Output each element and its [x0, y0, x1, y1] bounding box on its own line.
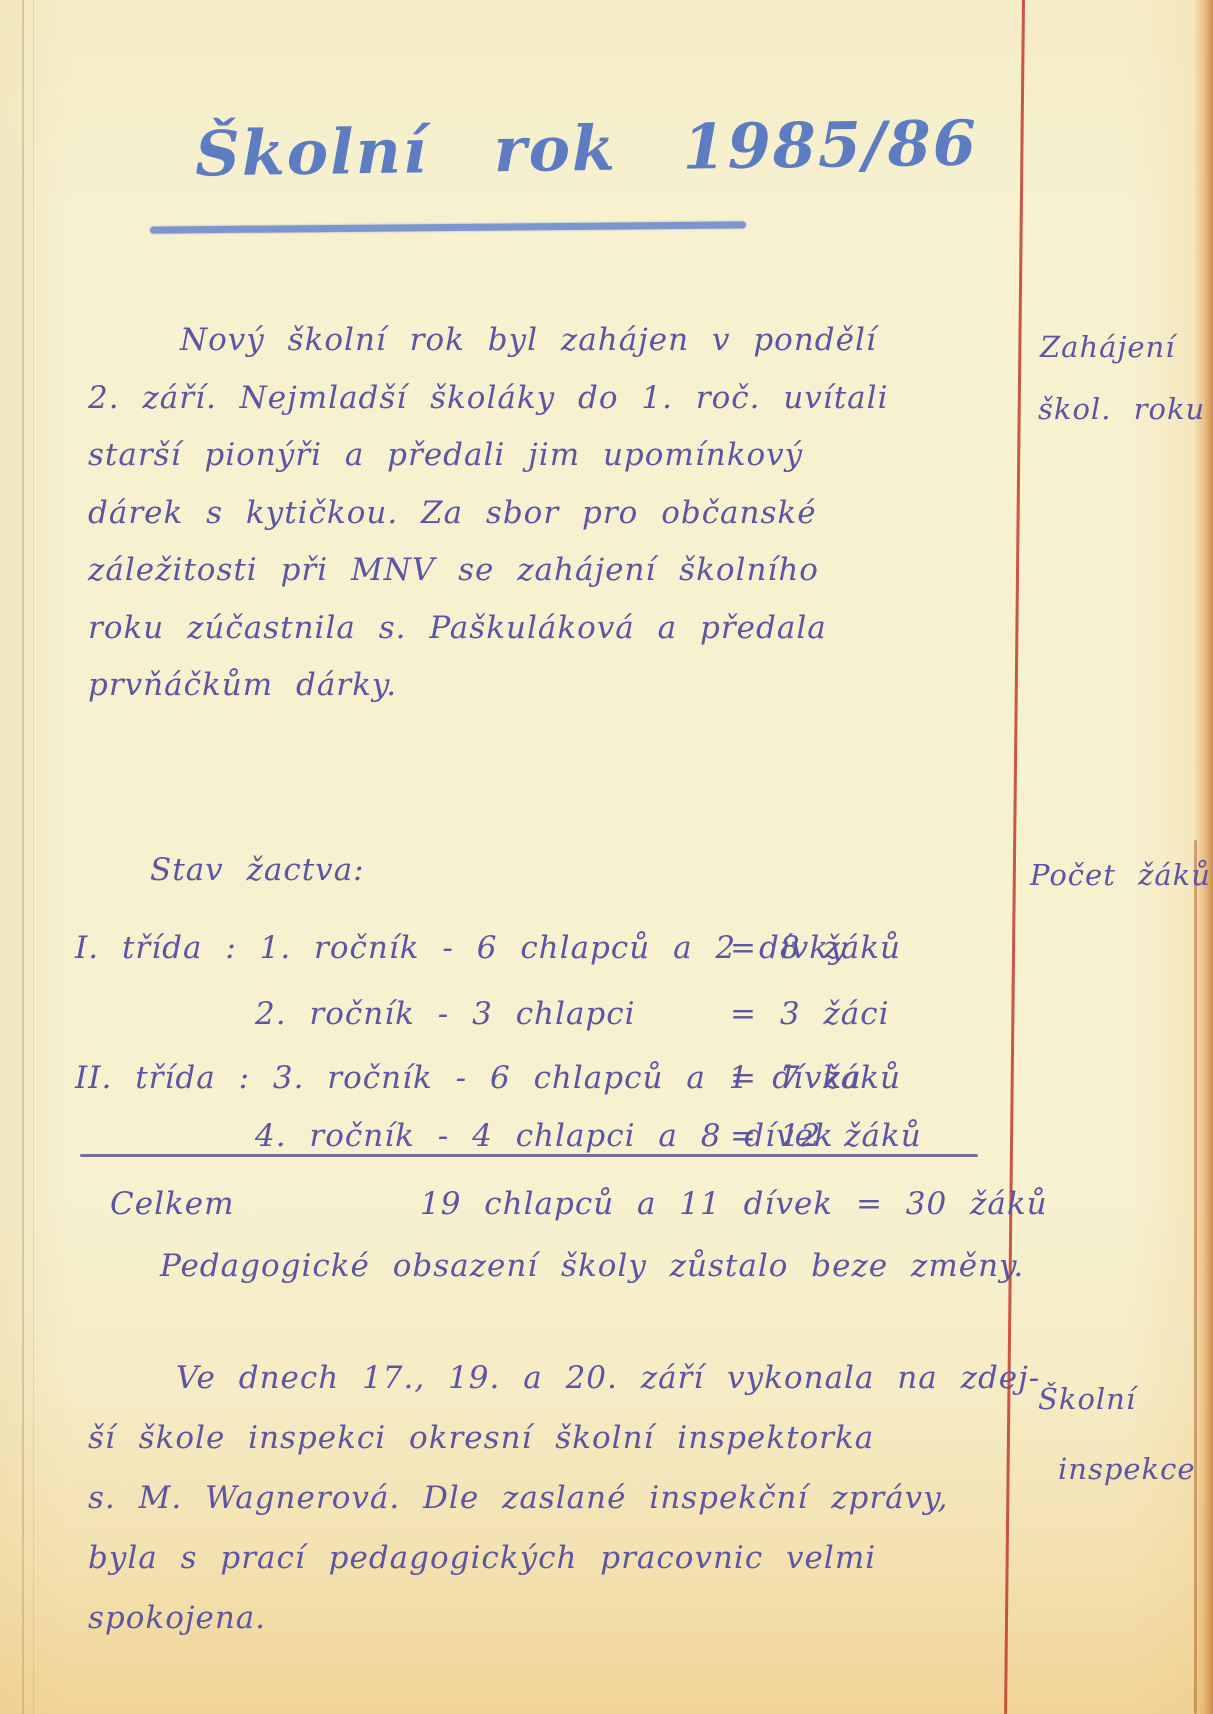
opening-paragraph: Nový školní rok byl zahájen v pondělí 2.… [88, 322, 948, 725]
margin-note-opening: Zahájení [1040, 330, 1176, 364]
text-line: byla s prací pedagogických pracovnic vel… [88, 1540, 1018, 1600]
text-line: starší pionýři a předali jim upomínkový [88, 437, 948, 495]
table-row-text: 2. ročník - 3 chlapci [75, 996, 636, 1032]
text-line: spokojena. [88, 1600, 1018, 1660]
text-line: dárek s kytičkou. Za sbor pro občanské [88, 495, 948, 553]
text-line: roku zúčastnila s. Paškuláková a předala [88, 610, 948, 668]
text-line: s. M. Wagnerová. Dle zaslané inspekční z… [88, 1480, 1018, 1540]
title-underline [150, 221, 746, 233]
text-line: Nový školní rok byl zahájen v pondělí [88, 322, 948, 380]
text-line: Ve dnech 17., 19. a 20. září vykonala na… [88, 1360, 1018, 1420]
total-value: 19 chlapců a 11 dívek = 30 žáků [420, 1186, 1048, 1222]
inspection-paragraph: Ve dnech 17., 19. a 20. září vykonala na… [88, 1360, 1018, 1660]
margin-note-opening: škol. roku [1038, 392, 1205, 426]
table-total-row: Celkem 19 chlapců a 11 dívek = 30 žáků [75, 1186, 980, 1236]
sum-divider-line [80, 1154, 978, 1157]
page-title: Školní rok 1985/86 [195, 107, 979, 191]
table-row-text: 4. ročník - 4 chlapci a 8 dívek [75, 1118, 834, 1154]
text-line: ší škole inspekci okresní školní inspekt… [88, 1420, 1018, 1480]
table-row: 4. ročník - 4 chlapci a 8 dívek = 12 žák… [75, 1118, 980, 1168]
table-row: 2. ročník - 3 chlapci = 3 žáci [75, 996, 980, 1046]
section-heading-pupils: Stav žactva: [150, 852, 365, 888]
total-label: Celkem [110, 1186, 235, 1222]
table-row: II. třída : 3. ročník - 6 chlapců a 1 dí… [75, 1060, 980, 1110]
table-row-total: = 3 žáci [730, 996, 890, 1032]
margin-note-inspection: Školní [1038, 1382, 1136, 1416]
text-line: záležitosti při MNV se zahájení školního [88, 552, 948, 610]
table-row: I. třída : 1. ročník - 6 chlapců a 2 dív… [75, 930, 980, 980]
page-right-edge-line [1194, 840, 1197, 1714]
table-row-total: = 7 žáků [730, 1060, 901, 1096]
page-fold-crease [22, 0, 24, 1714]
pupil-count-table: I. třída : 1. ročník - 6 chlapců a 2 dív… [75, 930, 980, 1250]
margin-note-inspection: inspekce [1058, 1452, 1196, 1486]
table-row-total: = 8 žáků [730, 930, 901, 966]
text-line: 2. září. Nejmladší školáky do 1. roč. uv… [88, 380, 948, 438]
page-fold-crease [33, 0, 34, 1714]
chronicle-page: Školní rok 1985/86 Nový školní rok byl z… [0, 0, 1213, 1714]
staff-note: Pedagogické obsazení školy zůstalo beze … [160, 1248, 1024, 1284]
text-line: prvňáčkům dárky. [88, 667, 948, 725]
table-row-total: = 12 žáků [730, 1118, 922, 1154]
margin-note-pupil-count: Počet žáků [1030, 858, 1211, 892]
